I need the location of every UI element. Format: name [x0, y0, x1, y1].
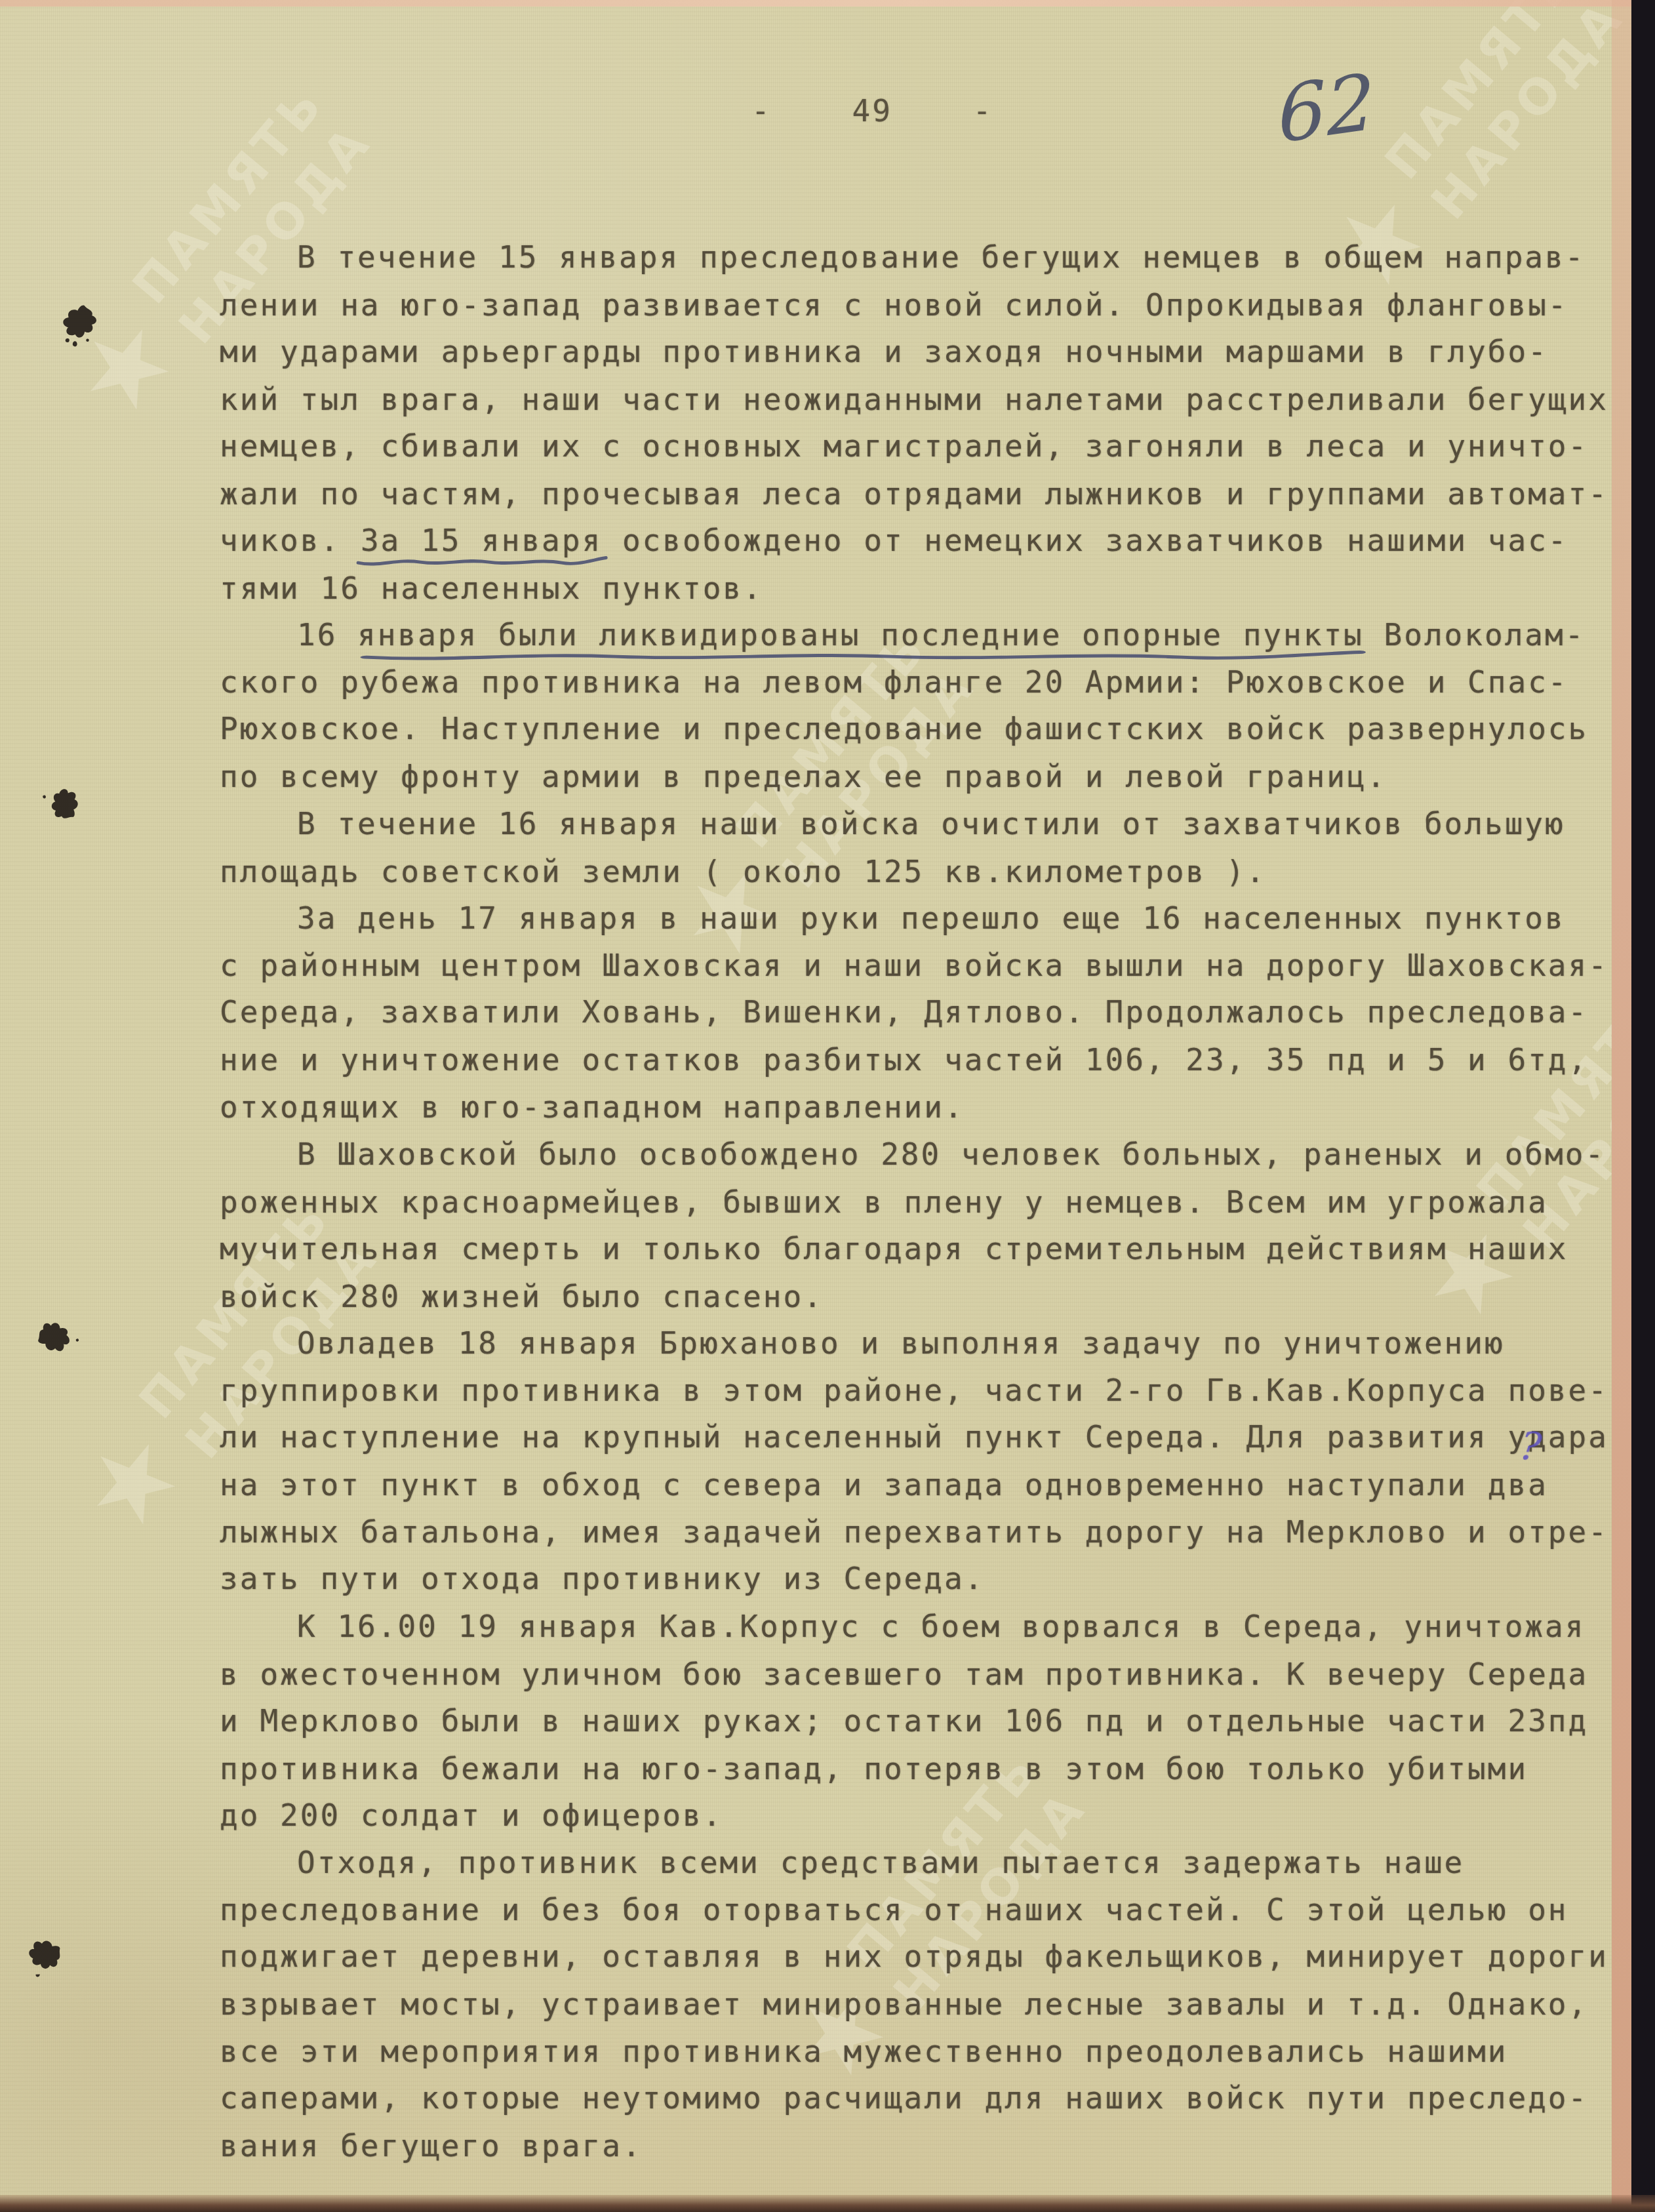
typed-line: поджигает деревни, оставляя в них отряды… — [220, 1933, 1639, 1980]
typed-line: Овладев 18 января Брюханово и выполняя з… — [220, 1319, 1639, 1367]
typed-line: чиков. За 15 января освобождено от немец… — [220, 517, 1639, 564]
ink-underline: За 15 января — [361, 523, 602, 558]
typed-line: площадь советской земли ( около 125 кв.к… — [220, 848, 1639, 895]
typed-line: отходящих в юго-западном направлении. — [220, 1083, 1639, 1131]
scan-edge-top — [0, 0, 1655, 7]
paragraph: В течение 16 января наши войска очистили… — [220, 800, 1639, 895]
typed-line: ли наступление на крупный населенный пун… — [220, 1413, 1639, 1460]
ink-blot — [24, 765, 96, 839]
typed-line: В течение 15 января преследование бегущи… — [220, 233, 1639, 281]
typed-line: К 16.00 19 января Кав.Корпус с боем ворв… — [220, 1603, 1639, 1650]
typed-line: В течение 16 января наши войска очистили… — [220, 800, 1639, 847]
paragraph: Овладев 18 января Брюханово и выполняя з… — [220, 1319, 1639, 1603]
typed-line: ми ударами арьергарды противника и заход… — [220, 328, 1639, 375]
typed-line: Рюховское. Наступление и преследование ф… — [220, 705, 1639, 752]
typed-line: мучительная смерть и только благодаря ст… — [220, 1225, 1639, 1272]
ink-blot — [23, 1301, 92, 1365]
typed-page-number: - 49 - — [751, 93, 993, 129]
typed-line: немцев, сбивали их с основных магистрале… — [220, 422, 1639, 470]
typed-line: тями 16 населенных пунктов. — [220, 565, 1639, 612]
typed-line: В Шаховской было освобождено 280 человек… — [220, 1131, 1639, 1178]
typed-line: группировки противника в этом районе, ча… — [220, 1367, 1639, 1414]
paragraph: В течение 15 января преследование бегущи… — [220, 233, 1639, 611]
typed-line: с районным центром Шаховская и наши войс… — [220, 942, 1639, 989]
scan-edge-right-black — [1631, 0, 1655, 2212]
typed-line: Отходя, противник всеми средствами пытае… — [220, 1839, 1639, 1886]
typed-line: зать пути отхода противнику из Середа. — [220, 1555, 1639, 1602]
paragraph: 16 января были ликвидированы последние о… — [220, 611, 1639, 800]
scan-edge-bottom — [0, 2195, 1655, 2212]
ink-blot — [52, 293, 110, 361]
typed-line: роженных красноармейцев, бывших в плену … — [220, 1178, 1639, 1226]
typed-line: противника бежали на юго-запад, потеряв … — [220, 1745, 1639, 1792]
paragraph: Отходя, противник всеми средствами пытае… — [220, 1839, 1639, 2169]
star-icon: ★ — [60, 1412, 201, 1552]
scan-edge-right-pink — [1612, 0, 1631, 2212]
typed-line: в ожесточенном уличном бою засевшего там… — [220, 1651, 1639, 1698]
paragraph: В Шаховской было освобождено 280 человек… — [220, 1131, 1639, 1319]
typed-line: преследование и без боя оторваться от на… — [220, 1886, 1639, 1933]
typed-line: саперами, которые неутомимо расчищали дл… — [220, 2074, 1639, 2122]
typed-line: и Мерклово были в наших руках; остатки 1… — [220, 1697, 1639, 1744]
handwritten-page-number: 62 — [1276, 56, 1377, 161]
paragraph: К 16.00 19 января Кав.Корпус с боем ворв… — [220, 1603, 1639, 1839]
typed-text-block: В течение 15 января преследование бегущи… — [220, 233, 1639, 2169]
watermark-text: ПАМЯТЬ НАРОДА — [1372, 0, 1637, 231]
typed-line: до 200 солдат и офицеров. — [220, 1792, 1639, 1839]
typed-line: все эти мероприятия противника мужествен… — [220, 2028, 1639, 2075]
typed-line: 16 января были ликвидированы последние о… — [220, 611, 1639, 658]
ink-underline: января были ликвидированы последние опор… — [357, 617, 1364, 653]
typed-line: взрывает мосты, устраивает минированные … — [220, 1981, 1639, 2028]
typed-line: лыжных батальона, имея задачей перехвати… — [220, 1508, 1639, 1556]
typed-line: лении на юго-запад развивается с новой с… — [220, 281, 1639, 329]
typed-line: ние и уничтожение остатков разбитых част… — [220, 1036, 1639, 1083]
ink-blot — [7, 1925, 77, 1992]
typed-line: вания бегущего врага. — [220, 2122, 1639, 2169]
typed-line: ского рубежа противника на левом фланге … — [220, 658, 1639, 706]
typed-line: на этот пункт в обход с севера и запада … — [220, 1461, 1639, 1508]
typed-line: Середа, захватили Ховань, Вишенки, Дятло… — [220, 988, 1639, 1036]
paragraph: За день 17 января в наши руки перешло ещ… — [220, 895, 1639, 1131]
typed-line: кий тыл врага, наши части неожиданными н… — [220, 376, 1639, 423]
typed-line: по всему фронту армии в пределах ее прав… — [220, 753, 1639, 800]
scanned-page: ★ ПАМЯТЬ НАРОДА ★ ПАМЯТЬ НАРОДА ★ ПАМЯТЬ… — [0, 0, 1655, 2212]
typed-line: За день 17 января в наши руки перешло ещ… — [220, 895, 1639, 942]
typed-line: войск 280 жизней было спасено. — [220, 1273, 1639, 1320]
typed-line: жали по частям, прочесывая леса отрядами… — [220, 470, 1639, 517]
